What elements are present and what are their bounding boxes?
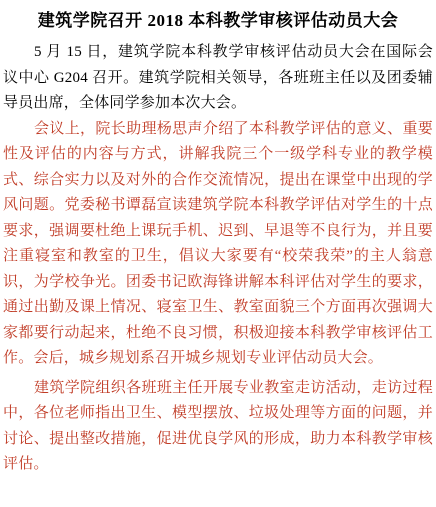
paragraph: 建筑学院组织各班班主任开展专业教室走访活动，走访过程中，各位老师指出卫生、模型摆… (3, 376, 433, 478)
paragraph: 会议上，院长助理杨思声介绍了本科教学评估的意义、重要性及评估的内容与方式，讲解我… (3, 117, 433, 372)
document-page: 建筑学院召开 2018 本科教学审核评估动员大会 5 月 15 日，建筑学院本科… (0, 0, 436, 507)
document-title: 建筑学院召开 2018 本科教学审核评估动员大会 (3, 10, 433, 31)
paragraph: 5 月 15 日，建筑学院本科教学审核评估动员大会在国际会议中心 G204 召开… (3, 40, 433, 117)
document-body: 5 月 15 日，建筑学院本科教学审核评估动员大会在国际会议中心 G204 召开… (3, 40, 433, 478)
